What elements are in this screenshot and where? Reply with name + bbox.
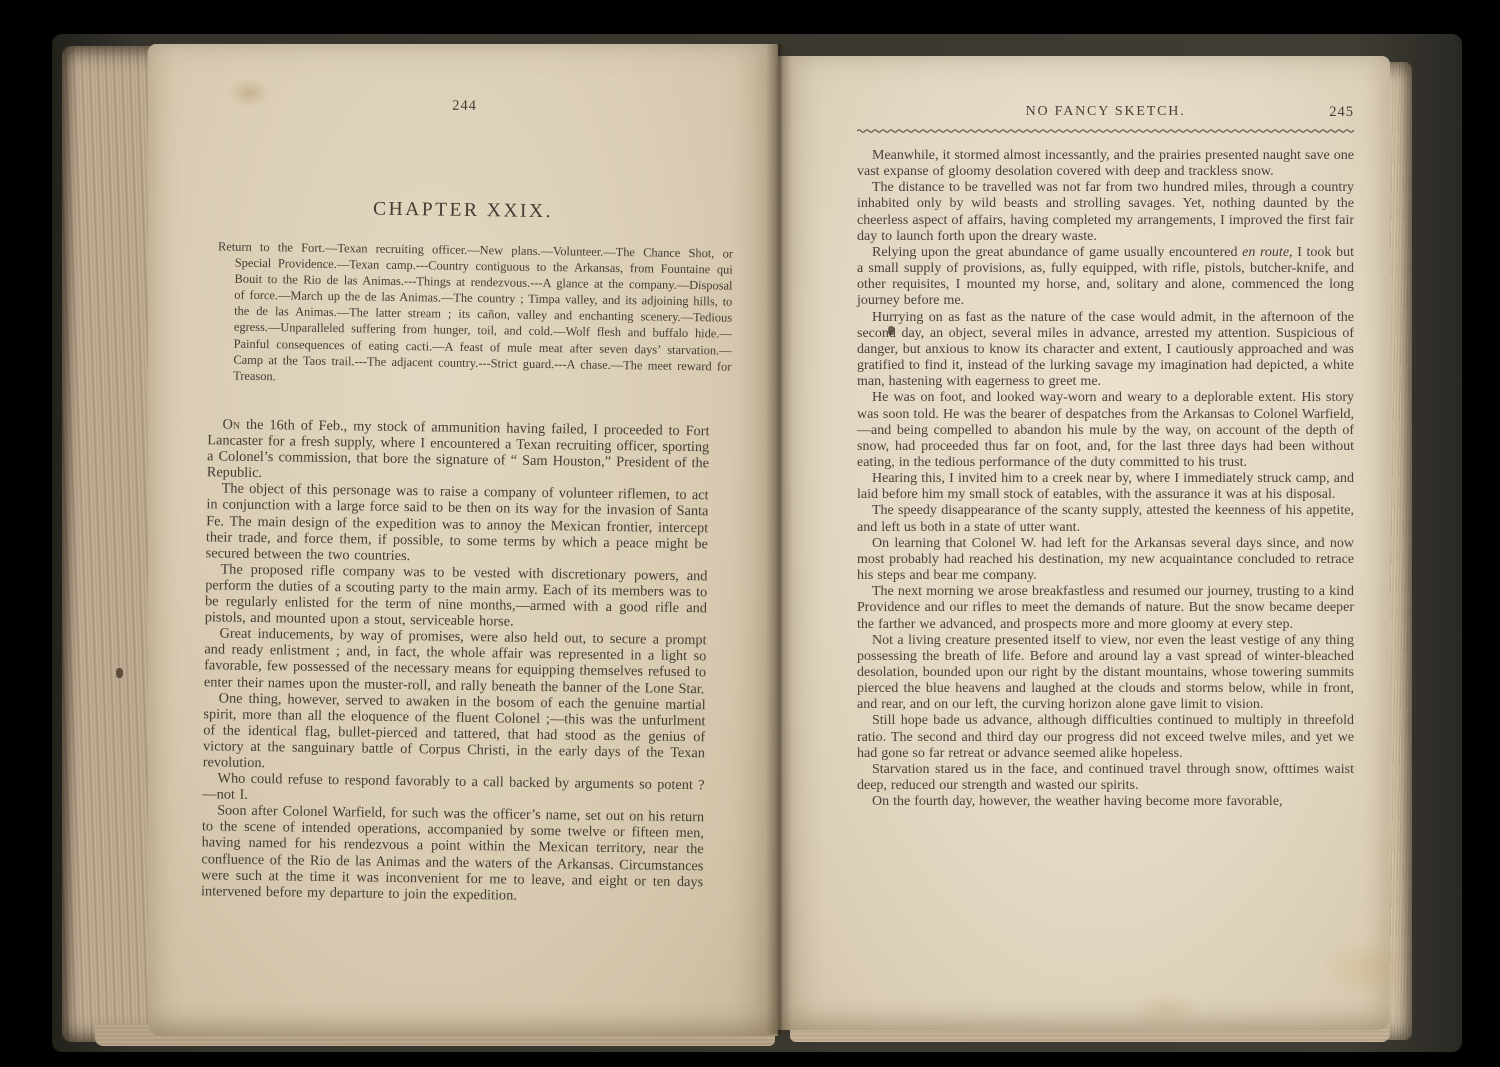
body-paragraph: On the fourth day, however, the weather …	[857, 794, 1354, 810]
body-paragraph: The speedy disappearance of the scanty s…	[857, 503, 1354, 535]
body-paragraph: The distance to be travelled was not far…	[857, 180, 1354, 245]
open-book: 244 CHAPTER XXIX. Return to the Fort.—Te…	[0, 0, 1500, 1067]
ink-speck	[888, 326, 894, 335]
body-paragraph: Great inducements, by way of promises, w…	[204, 626, 707, 697]
body-paragraph: Not a living creature presented itself t…	[857, 633, 1354, 714]
chapter-synopsis: Return to the Fort.—Texan recruiting off…	[216, 238, 733, 390]
fore-edge-speck	[116, 668, 123, 678]
body-paragraph: Hearing this, I invited him to a creek n…	[857, 471, 1354, 503]
body-paragraph: On the 16th of Feb., my stock of ammunit…	[207, 416, 710, 487]
body-paragraph: Meanwhile, it stormed almost incessantly…	[857, 148, 1354, 180]
body-paragraph: He was on foot, and looked way-worn and …	[857, 390, 1354, 471]
body-paragraph: Still hope bade us advance, although dif…	[857, 713, 1354, 761]
body-paragraph: The proposed rifle company was to be ves…	[205, 561, 708, 632]
page-number-right: 245	[857, 104, 1354, 121]
smallcaps-opener: On	[222, 417, 240, 433]
body-paragraph: Starvation stared us in the face, and co…	[857, 762, 1354, 794]
left-page: 244 CHAPTER XXIX. Return to the Fort.—Te…	[148, 44, 778, 1036]
body-paragraph: The object of this personage was to rais…	[206, 481, 709, 568]
body-paragraph: On learning that Colonel W. had left for…	[857, 536, 1354, 584]
body-paragraph: One thing, however, served to awaken in …	[203, 690, 706, 777]
right-page-body: Meanwhile, it stormed almost incessantly…	[857, 148, 1354, 810]
chapter-heading: CHAPTER XXIX.	[210, 196, 715, 225]
body-paragraph: The next morning we arose breakfastless …	[857, 584, 1354, 632]
body-paragraph: Hurrying on as fast as the nature of the…	[857, 310, 1354, 391]
paragraph-text: Relying upon the great abundance of game…	[872, 245, 1242, 260]
wavy-header-rule	[857, 126, 1354, 136]
right-page-text: NO FANCY SKETCH. 245 Meanwhile, it storm…	[778, 56, 1390, 1030]
italic-phrase: en route,	[1242, 245, 1292, 260]
right-page: NO FANCY SKETCH. 245 Meanwhile, it storm…	[778, 56, 1390, 1030]
left-page-text: 244 CHAPTER XXIX. Return to the Fort.—Te…	[135, 43, 779, 1044]
body-paragraph: Relying upon the great abundance of game…	[857, 245, 1354, 310]
paragraph-text: the 16th of Feb., my stock of ammunition…	[207, 417, 710, 482]
page-number-left: 244	[212, 94, 717, 118]
left-page-body: On the 16th of Feb., my stock of ammunit…	[201, 416, 710, 906]
body-paragraph: Soon after Colonel Warfield, for such wa…	[201, 803, 704, 907]
